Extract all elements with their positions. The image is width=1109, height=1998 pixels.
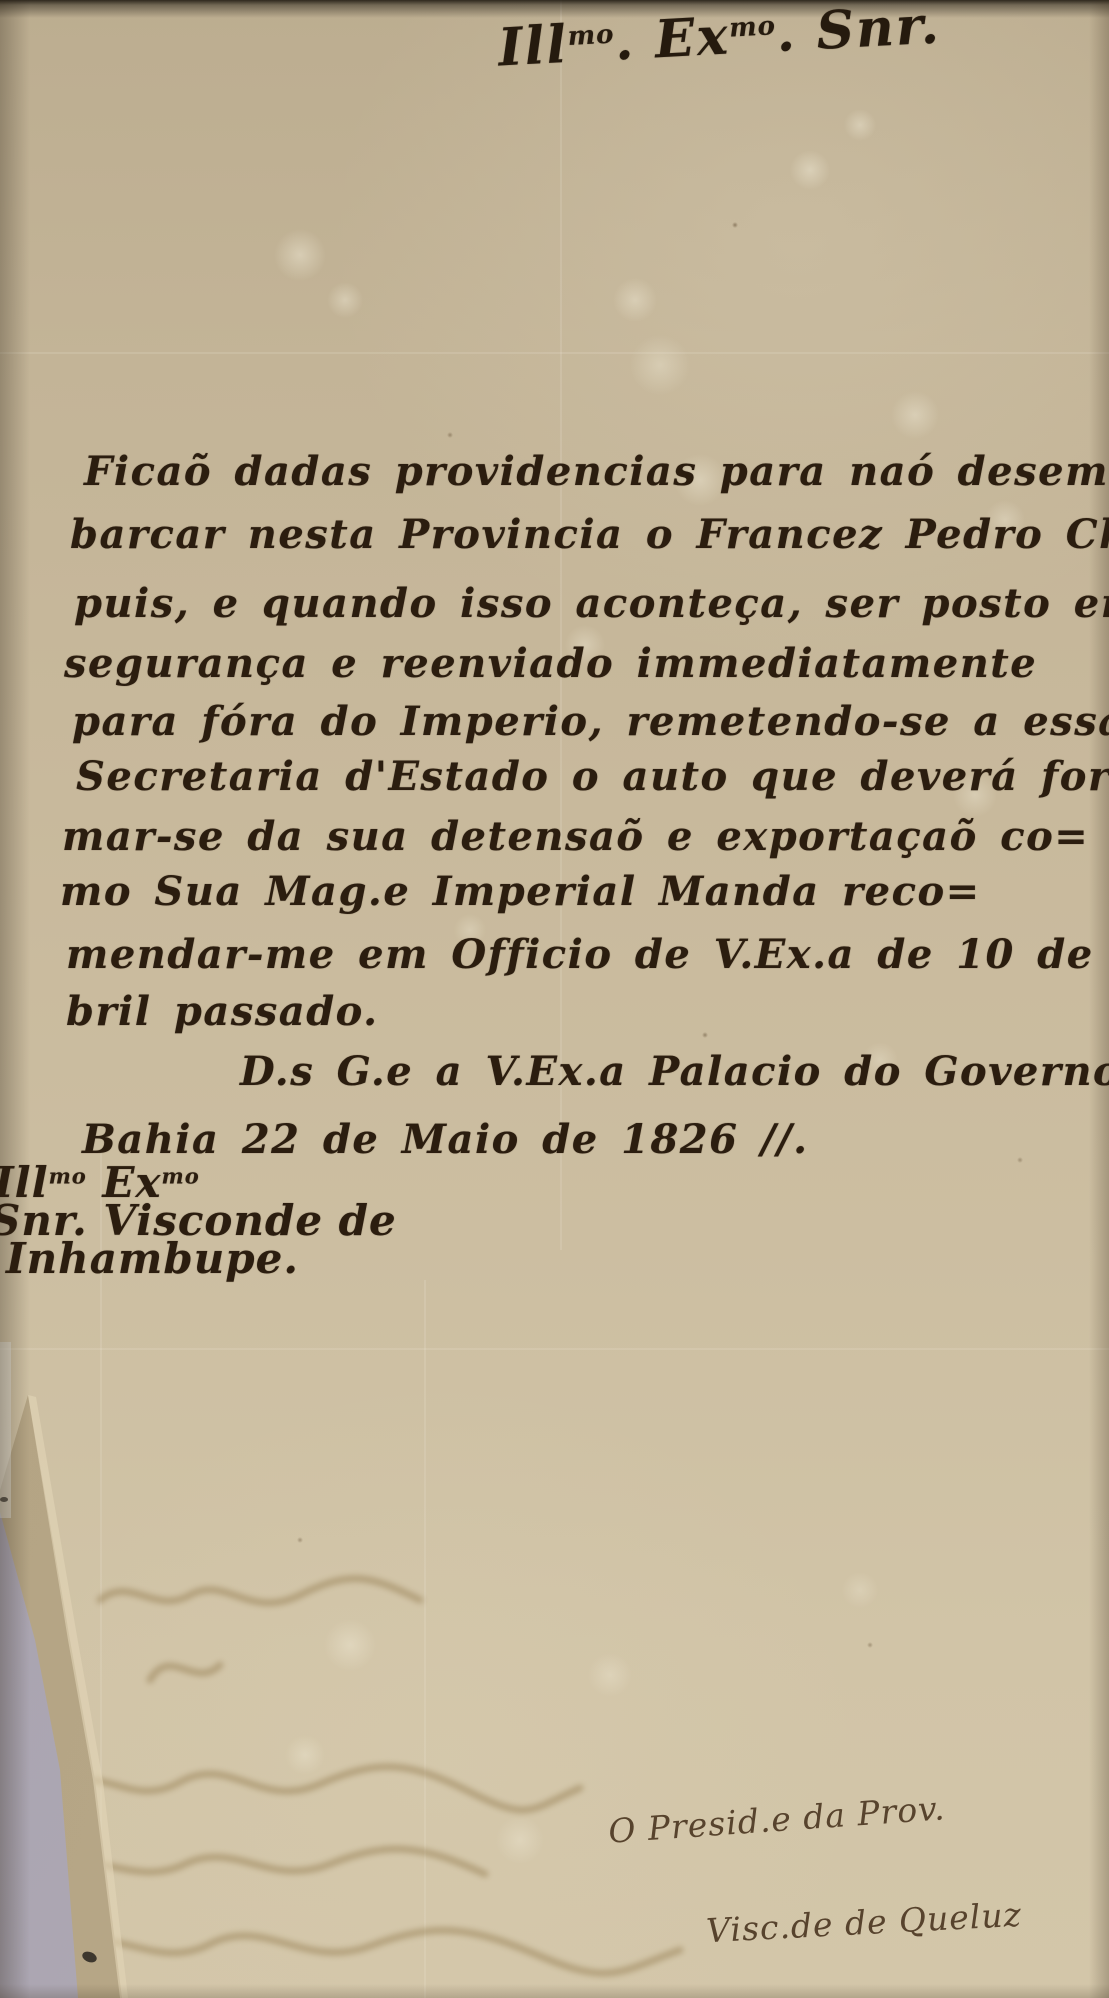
body-line: Secretaria d'Estado o auto que deverá fo… — [76, 753, 1109, 800]
manuscript-scan: Illmo. Exmo. Snr. Ficaõ dadas providenci… — [0, 0, 1109, 1998]
body-line: Ficaõ dadas providencias para naó desem= — [84, 448, 1109, 495]
salutation-superscript: mo — [567, 20, 615, 52]
salutation-text: . Snr. — [775, 0, 942, 64]
salutation-text: Ill — [497, 14, 570, 79]
body-line-closing: D.s G.e a V.Ex.a Palacio do Governo da — [240, 1048, 1109, 1095]
body-line: bril passado. — [66, 988, 379, 1035]
body-line: para fóra do Imperio, remetendo-se a ess… — [72, 698, 1109, 745]
addressee-name: Inhambupe. — [6, 1234, 299, 1283]
page-edge-shadow-left — [0, 0, 30, 1998]
body-line: mar-se da sua detensaõ e exportaçaõ co= — [62, 813, 1089, 860]
salutation-superscript: mo — [728, 11, 776, 43]
show-through-writing — [30, 1540, 730, 1998]
page-edge-shadow-right — [1089, 0, 1109, 1998]
body-line: puis, e quando isso aconteça, ser posto … — [74, 580, 1109, 627]
crease-line — [0, 352, 1109, 354]
body-line: mo Sua Mag.e Imperial Manda reco= — [60, 868, 981, 915]
body-line: barcar nesta Provincia o Francez Pedro C… — [70, 511, 1109, 558]
body-line-dateline: Bahia 22 de Maio de 1826 //. — [82, 1116, 809, 1163]
addressee-superscript: mo — [161, 1163, 199, 1188]
body-line: segurança e reenviado immediatamente — [64, 640, 1037, 687]
page-edge-shadow-bottom — [0, 1984, 1109, 1998]
salutation-text: . Ex — [613, 6, 731, 73]
addressee-superscript: mo — [49, 1163, 87, 1188]
body-line: mendar-me em Officio de V.Ex.a de 10 de … — [66, 931, 1109, 978]
crease-line — [0, 1348, 1109, 1350]
